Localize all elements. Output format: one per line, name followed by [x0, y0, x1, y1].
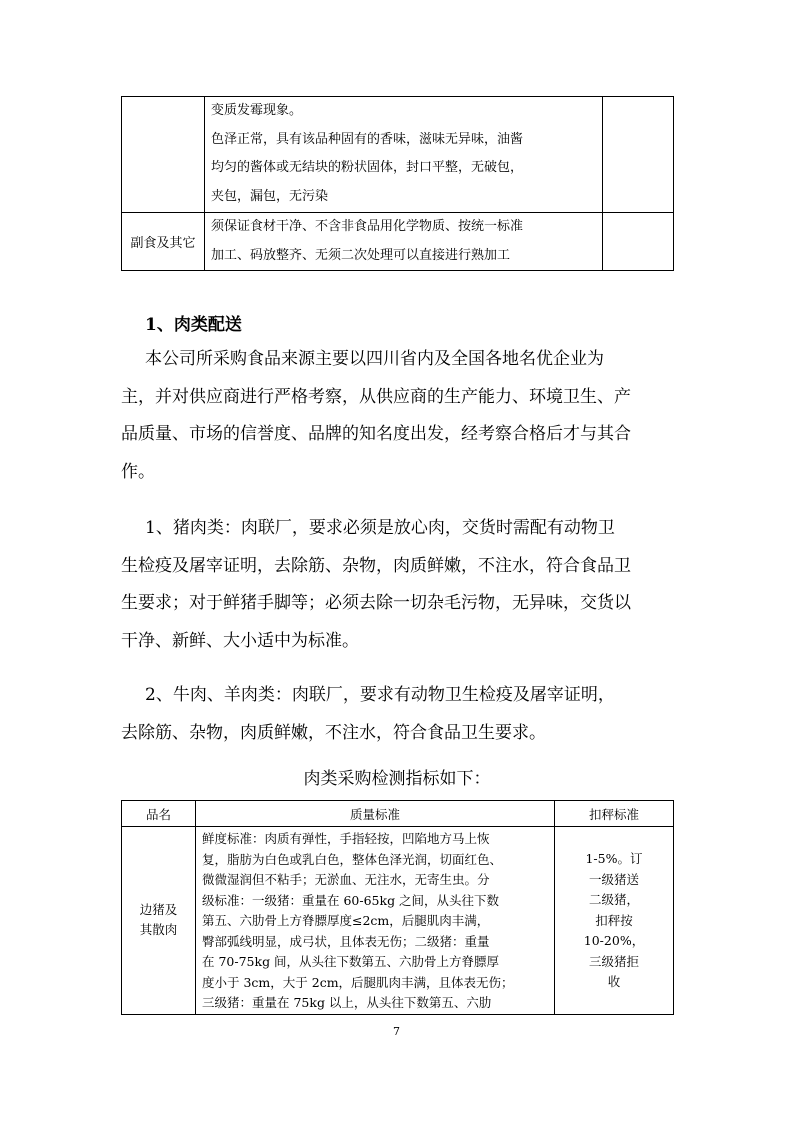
table-row: 边猪及 其散肉 鲜度标准：肉质有弹性，手指轻按，凹陷地方马上恢 复，脂肪为白色或… — [122, 827, 674, 1015]
header-quality: 质量标准 — [196, 801, 555, 827]
quality-line: 鲜度标准：肉质有弹性，手指轻按，凹陷地方马上恢 — [196, 829, 554, 850]
standard-line: 色泽正常，具有该品种固有的香味，滋味无异味，油酱 — [205, 126, 602, 155]
pork-paragraph: 1、猪肉类：肉联厂，要求必须是放心肉，交货时需配有动物卫 生检疫及屠宰证明，去除… — [121, 510, 676, 660]
standard-cell: 变质发霉现象。 色泽正常，具有该品种固有的香味，滋味无异味，油酱 均匀的酱体或无… — [205, 97, 603, 213]
quality-line: 微微湿润但不粘手；无淤血、无注水，无寄生虫。分 — [196, 870, 554, 891]
category-cell: 副食及其它 — [122, 213, 205, 271]
product-name-cell: 边猪及 其散肉 — [122, 827, 196, 1015]
deduction-line: 三级猪拒 — [555, 952, 673, 973]
quality-line: 三级猪：重量在 75kg 以上，从头往下数第五、六肋 — [196, 993, 554, 1014]
standard-line: 均匀的酱体或无结块的粉状固体，封口平整，无破包， — [205, 154, 602, 183]
paragraph-line: 本公司所采购食品来源主要以四川省内及全国各地名优企业为 — [121, 341, 676, 379]
paragraph-line: 主，并对供应商进行严格考察，从供应商的生产能力、环境卫生、产 — [121, 379, 676, 417]
beef-lamb-paragraph: 2、牛肉、羊肉类：肉联厂，要求有动物卫生检疫及屠宰证明， 去除筋、杂物，肉质鲜嫩… — [121, 677, 676, 752]
deduction-cell — [603, 97, 674, 213]
deduction-line: 收 — [555, 972, 673, 993]
deduction-line: 二级猪， — [555, 890, 673, 911]
standard-cell: 须保证食材干净、不含非食品用化学物质、按统一标准 加工、码放整齐、无须二次处理可… — [205, 213, 603, 271]
table-caption: 肉类采购检测指标如下： — [121, 764, 673, 789]
meat-inspection-table: 品名 质量标准 扣秤标准 边猪及 其散肉 鲜度标准：肉质有弹性，手指轻按，凹陷地… — [121, 800, 674, 1015]
standard-line: 须保证食材干净、不含非食品用化学物质、按统一标准 — [205, 213, 602, 242]
name-line: 边猪及 — [122, 900, 195, 921]
quality-line: 级标准：一级猪：重量在 60-65kg 之间，从头往下数 — [196, 891, 554, 912]
header-name: 品名 — [122, 801, 196, 827]
food-standard-table-continued: 变质发霉现象。 色泽正常，具有该品种固有的香味，滋味无异味，油酱 均匀的酱体或无… — [121, 96, 674, 271]
paragraph-line: 去除筋、杂物，肉质鲜嫩，不注水，符合食品卫生要求。 — [121, 715, 676, 753]
table-header-row: 品名 质量标准 扣秤标准 — [122, 801, 674, 827]
quality-line: 度小于 3cm，大于 2cm，后腿肌肉丰满，且体表无伤； — [196, 973, 554, 994]
deduction-cell — [603, 213, 674, 271]
paragraph-line: 1、猪肉类：肉联厂，要求必须是放心肉，交货时需配有动物卫 — [121, 510, 676, 548]
paragraph-line: 作。 — [121, 454, 676, 492]
standard-line: 变质发霉现象。 — [205, 97, 602, 126]
deduction-cell: 1-5%。订 一级猪送 二级猪， 扣秤按 10-20%， 三级猪拒 收 — [555, 827, 674, 1015]
category-cell — [122, 97, 205, 213]
paragraph-line: 生检疫及屠宰证明，去除筋、杂物，肉质鲜嫩，不注水，符合食品卫 — [121, 548, 676, 586]
quality-line: 在 70-75kg 间，从头往下数第五、六肋骨上方脊膘厚 — [196, 952, 554, 973]
deduction-line: 1-5%。订 — [555, 849, 673, 870]
quality-line: 复，脂肪为白色或乳白色，整体色泽光润，切面红色、 — [196, 850, 554, 871]
intro-paragraph: 本公司所采购食品来源主要以四川省内及全国各地名优企业为 主，并对供应商进行严格考… — [121, 341, 676, 491]
quality-cell: 鲜度标准：肉质有弹性，手指轻按，凹陷地方马上恢 复，脂肪为白色或乳白色，整体色泽… — [196, 827, 555, 1015]
page-number: 7 — [0, 1025, 793, 1038]
deduction-line: 一级猪送 — [555, 870, 673, 891]
deduction-line: 扣秤按 — [555, 911, 673, 932]
name-line: 其散肉 — [122, 920, 195, 941]
paragraph-line: 生要求；对于鲜猪手脚等；必须去除一切杂毛污物，无异味，交货以 — [121, 585, 676, 623]
quality-line: 臀部弧线明显，成弓状，且体表无伤；二级猪：重量 — [196, 932, 554, 953]
header-deduction: 扣秤标准 — [555, 801, 674, 827]
quality-line: 第五、六肋骨上方脊膘厚度≤2cm，后腿肌肉丰满， — [196, 911, 554, 932]
paragraph-line: 品质量、市场的信誉度、品牌的知名度出发，经考察合格后才与其合 — [121, 416, 676, 454]
paragraph-line: 2、牛肉、羊肉类：肉联厂，要求有动物卫生检疫及屠宰证明， — [121, 677, 676, 715]
standard-line: 夹包，漏包，无污染 — [205, 183, 602, 212]
standard-line: 加工、码放整齐、无须二次处理可以直接进行熟加工 — [205, 242, 602, 271]
table-row: 副食及其它 须保证食材干净、不含非食品用化学物质、按统一标准 加工、码放整齐、无… — [122, 213, 674, 271]
section-heading: 1、肉类配送 — [145, 310, 242, 335]
deduction-line: 10-20%， — [555, 931, 673, 952]
paragraph-line: 干净、新鲜、大小适中为标准。 — [121, 623, 676, 661]
table-row: 变质发霉现象。 色泽正常，具有该品种固有的香味，滋味无异味，油酱 均匀的酱体或无… — [122, 97, 674, 213]
